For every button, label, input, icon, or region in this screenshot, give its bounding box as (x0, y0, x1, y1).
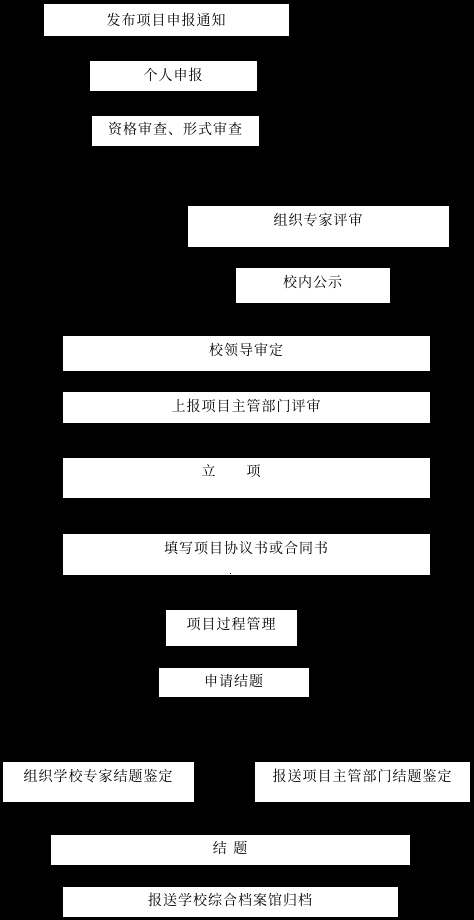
step-fill-agreement: 填写项目协议书或合同书 (63, 534, 430, 575)
step-expert-review: 组织专家评审 (188, 206, 449, 247)
step-label: 校内公示 (236, 275, 390, 291)
step-label: 个人申报 (90, 68, 257, 84)
step-label: 组织学校专家结题鉴定 (3, 769, 194, 785)
step-personal-application: 个人申报 (90, 61, 257, 91)
stray-dot (230, 573, 231, 574)
step-campus-announcement: 校内公示 (236, 268, 390, 303)
step-qualification-review: 资格审查、形式审查 (92, 116, 259, 146)
step-school-expert-closure: 组织学校专家结题鉴定 (3, 762, 194, 802)
step-label: 校领导审定 (63, 343, 430, 359)
step-label: 报送学校综合档案馆归档 (63, 893, 398, 909)
step-apply-closure: 申请结题 (159, 668, 309, 697)
step-archive: 报送学校综合档案馆归档 (63, 887, 398, 917)
step-label: 立 项 (63, 464, 400, 480)
step-label: 结 题 (51, 841, 410, 857)
step-label: 资格审查、形式审查 (92, 122, 259, 138)
step-closure: 结 题 (51, 835, 410, 865)
step-label: 发布项目申报通知 (44, 13, 289, 29)
step-publish-notice: 发布项目申报通知 (44, 4, 289, 36)
step-submit-authority-review: 上报项目主管部门评审 (63, 392, 430, 423)
step-label: 报送项目主管部门结题鉴定 (255, 769, 470, 785)
step-authority-closure: 报送项目主管部门结题鉴定 (255, 762, 470, 802)
step-process-management: 项目过程管理 (166, 610, 297, 646)
step-label: 申请结题 (159, 674, 309, 690)
step-label: 项目过程管理 (166, 617, 297, 633)
step-label: 组织专家评审 (188, 213, 449, 229)
step-project-approval: 立 项 (63, 458, 430, 498)
step-label: 填写项目协议书或合同书 (63, 541, 430, 557)
step-label: 上报项目主管部门评审 (63, 399, 430, 415)
step-leadership-approval: 校领导审定 (63, 336, 430, 371)
